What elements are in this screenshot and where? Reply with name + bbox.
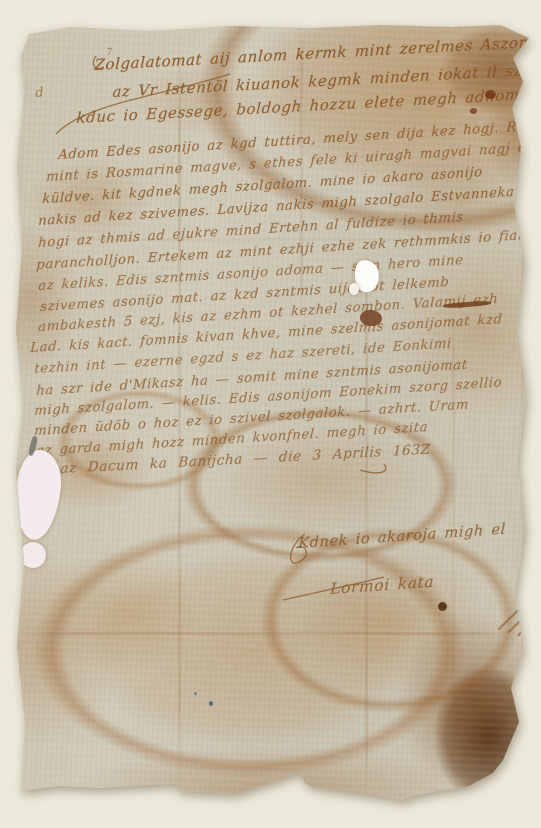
letter-photo: Zolgalatomat aij anlom kermk mint zerelm… (0, 0, 541, 828)
parchment-shadow: Zolgalatomat aij anlom kermk mint zerelm… (0, 0, 541, 828)
stained-edge-vignette (0, 0, 541, 828)
parchment-sheet: Zolgalatomat aij anlom kermk mint zerelm… (0, 0, 541, 828)
